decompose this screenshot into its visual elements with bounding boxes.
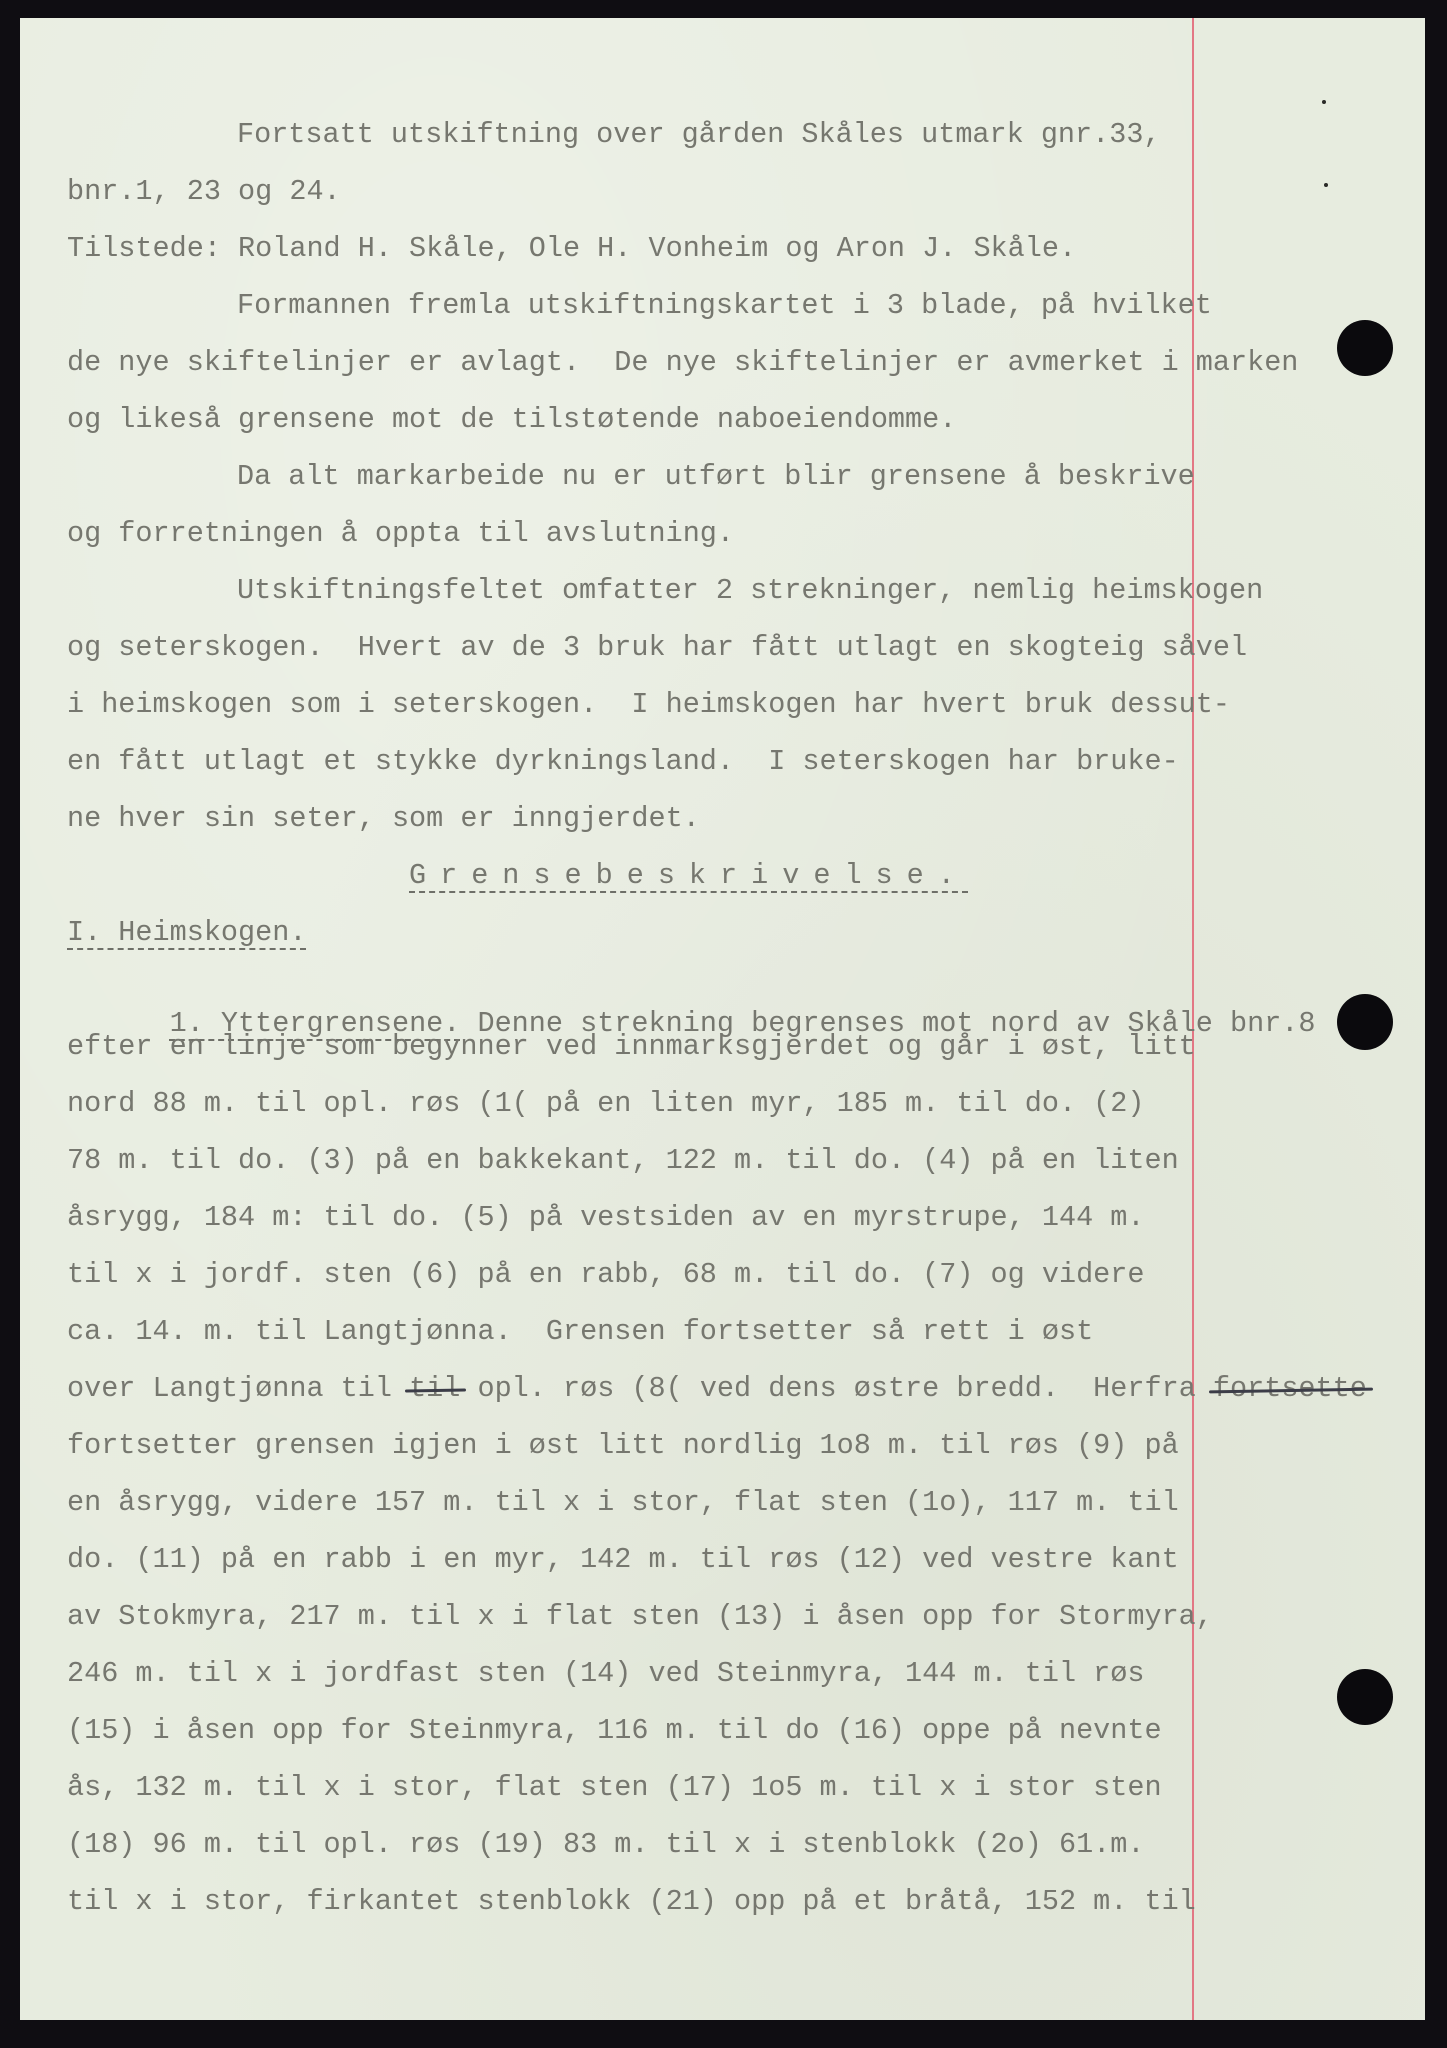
boundary-line: til x i jordf. sten (6) på en rabb, 68 m… <box>67 1258 1144 1292</box>
struck-word: fortsette <box>1213 1372 1367 1405</box>
ink-speck <box>1322 100 1326 104</box>
punch-hole-icon <box>1337 1669 1393 1725</box>
text-segment: over Langtjønna til <box>67 1372 409 1405</box>
paragraph-2-line-2: og forretningen å oppta til avslutning. <box>67 517 734 551</box>
boundary-line: efter en linje som begynner ved innmarks… <box>67 1030 1196 1064</box>
paragraph-2-line-1: Da alt markarbeide nu er utført blir gre… <box>237 460 1195 494</box>
paragraph-3-line-2: og seterskogen. Hvert av de 3 bruk har f… <box>67 631 1247 665</box>
paragraph-3-line-5: ne hver sin seter, som er inngjerdet. <box>67 802 700 836</box>
boundary-line: fortsetter grensen igjen i øst litt nord… <box>67 1429 1179 1463</box>
paragraph-1-line-2: de nye skiftelinjer er avlagt. De nye sk… <box>67 346 1298 380</box>
paragraph-3-line-3: i heimskogen som i seterskogen. I heimsk… <box>67 688 1230 722</box>
intro-line-1: Fortsatt utskiftning over gården Skåles … <box>237 118 1161 152</box>
boundary-line-with-strikethrough: over Langtjønna til til opl. røs (8( ved… <box>67 1372 1367 1406</box>
boundary-line: ca. 14. m. til Langtjønna. Grensen forts… <box>67 1315 1093 1349</box>
boundary-line: av Stokmyra, 217 m. til x i flat sten (1… <box>67 1600 1213 1634</box>
boundary-line: ås, 132 m. til x i stor, flat sten (17) … <box>67 1771 1162 1805</box>
punch-hole-icon <box>1337 994 1393 1050</box>
paragraph-1-line-1: Formannen fremla utskiftningskartet i 3 … <box>237 289 1212 323</box>
paragraph-3-line-1: Utskiftningsfeltet omfatter 2 strekninge… <box>237 574 1263 608</box>
boundary-line: 246 m. til x i jordfast sten (14) ved St… <box>67 1657 1144 1691</box>
paragraph-3-line-4: en fått utlagt et stykke dyrkningsland. … <box>67 745 1179 779</box>
section-heading-heimskogen: I. Heimskogen. <box>67 916 306 950</box>
boundary-line: 78 m. til do. (3) på en bakkekant, 122 m… <box>67 1144 1179 1178</box>
boundary-line: åsrygg, 184 m: til do. (5) på vestsiden … <box>67 1201 1144 1235</box>
boundary-line: (15) i åsen opp for Steinmyra, 116 m. ti… <box>67 1714 1162 1748</box>
boundary-line: nord 88 m. til opl. røs (1( på en liten … <box>67 1087 1144 1121</box>
ink-speck <box>1324 183 1328 187</box>
heading-grensebeskrivelse: Grensebeskrivelse. <box>409 859 969 893</box>
boundary-line: til x i stor, firkantet stenblokk (21) o… <box>67 1885 1196 1919</box>
text-segment: opl. røs (8( ved dens østre bredd. Herfr… <box>460 1372 1213 1405</box>
paper-sheet: Fortsatt utskiftning over gården Skåles … <box>20 18 1425 2020</box>
intro-line-2: bnr.1, 23 og 24. <box>67 175 341 209</box>
boundary-line: do. (11) på en rabb i en myr, 142 m. til… <box>67 1543 1179 1577</box>
scanned-page: Fortsatt utskiftning over gården Skåles … <box>0 0 1447 2048</box>
struck-word: til <box>409 1372 460 1405</box>
paragraph-1-line-3: og likeså grensene mot de tilstøtende na… <box>67 403 956 437</box>
attendees-line: Tilstede: Roland H. Skåle, Ole H. Vonhei… <box>67 232 1076 266</box>
boundary-line: (18) 96 m. til opl. røs (19) 83 m. til x… <box>67 1828 1144 1862</box>
punch-hole-icon <box>1337 320 1393 376</box>
boundary-line: en åsrygg, videre 157 m. til x i stor, f… <box>67 1486 1179 1520</box>
